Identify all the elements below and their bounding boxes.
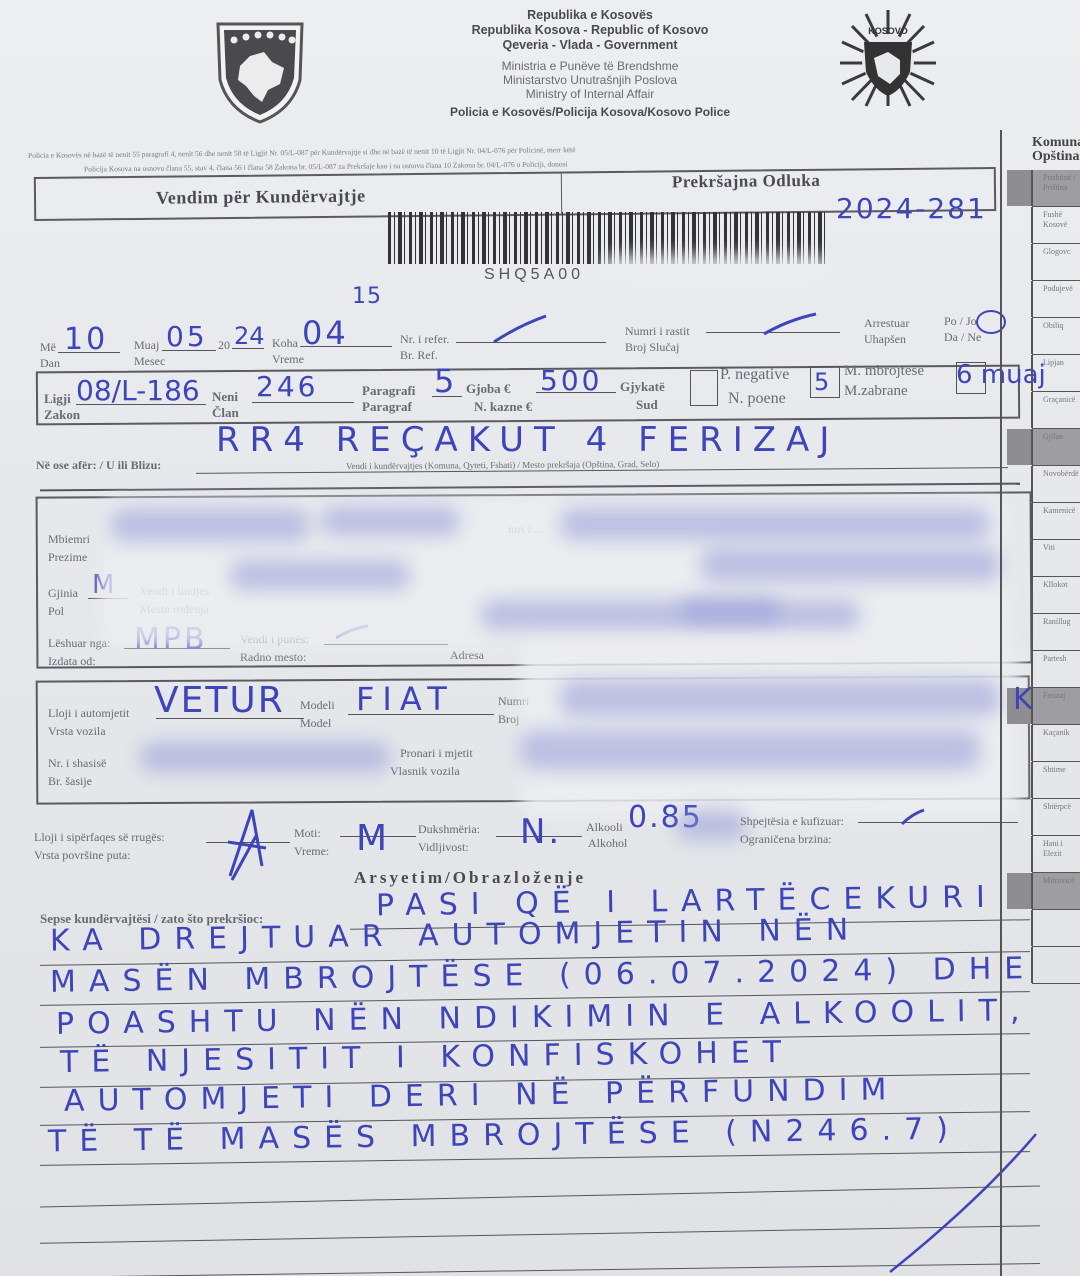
speed-label-sr: Ograničena brzina: xyxy=(740,832,832,846)
municipality-checkbox[interactable] xyxy=(1007,170,1032,206)
svg-text:KOSOVO: KOSOVO xyxy=(868,26,908,36)
redacted-barcode xyxy=(600,254,830,284)
title-sq: Vendim për Kundërvajtje xyxy=(156,186,366,209)
municipality-checkbox[interactable] xyxy=(1007,318,1032,354)
arrest-yes-no: Po / Jo xyxy=(944,314,977,328)
year-prefix: 20 xyxy=(218,338,230,352)
day-label: Më xyxy=(40,340,56,354)
vehicle-type-value: VETUR xyxy=(154,680,285,721)
case-label: Numri i rastit xyxy=(625,324,690,338)
weather-value: M xyxy=(356,818,390,859)
ref-label: Nr. i refer. xyxy=(400,332,449,346)
alcohol-label-sr: Alkohol xyxy=(588,836,627,850)
court-label-sr: Sud xyxy=(636,398,658,412)
municipality-label: Mitrovicë xyxy=(1043,876,1075,886)
speed-slash-mark xyxy=(898,806,928,828)
municipality-row[interactable]: Obiliq xyxy=(1032,318,1080,355)
location-value: RR4 REÇAKUT 4 FERIZAJ xyxy=(216,420,839,460)
municipality-checkbox[interactable] xyxy=(1007,392,1032,428)
reasoning-line: TË NJESITIT I KONFISKOHET xyxy=(60,1035,795,1080)
address-label: Adresa xyxy=(450,648,484,662)
case-number: 2024-281 xyxy=(836,192,987,225)
visibility-label-sr: Vidljivost: xyxy=(418,840,469,854)
model-label: Modeli xyxy=(300,698,335,712)
title-sr: Prekršajna Odluka xyxy=(672,171,821,193)
issued-label: Lëshuar nga: xyxy=(48,636,110,650)
municipality-row[interactable]: Ranillug xyxy=(1032,614,1080,651)
paragraph-value: 5 xyxy=(434,362,457,400)
municipality-label: Kaçanik xyxy=(1043,728,1070,738)
ref-slash-mark xyxy=(490,312,550,346)
municipality-checkbox[interactable] xyxy=(1007,281,1032,317)
owner-label-sr: Vlasnik vozila xyxy=(390,764,460,778)
arrest-yes-no-sr: Da / Ne xyxy=(944,330,981,344)
municipality-label: Fushë Kosovë xyxy=(1043,210,1080,230)
municipality-checkbox[interactable] xyxy=(1007,429,1032,465)
municipality-checkbox[interactable] xyxy=(1007,725,1032,761)
header-line-1: Republika e Kosovës xyxy=(400,8,780,23)
municipality-checkbox[interactable] xyxy=(1007,355,1032,391)
vehicle-type-label: Lloji i automjetit xyxy=(48,706,129,720)
surname-label-sr: Prezime xyxy=(48,550,87,564)
municipality-row[interactable]: Novobërdë xyxy=(1032,466,1080,503)
model-label-sr: Model xyxy=(300,716,331,730)
municipality-row[interactable]: Mitrovicë xyxy=(1032,873,1080,910)
municipality-label: Ranillug xyxy=(1043,617,1071,627)
municipality-label: Graçanicë xyxy=(1043,395,1075,405)
paragraph-label-sr: Paragraf xyxy=(362,400,412,414)
municipality-row[interactable]: Kamenicë xyxy=(1032,503,1080,540)
municipality-label: Podujevë xyxy=(1043,284,1073,294)
chassis-label: Nr. i shasisë xyxy=(48,756,106,770)
reasoning-line: TË TË MASËS MBROJTËSE (N246.7) xyxy=(48,1112,961,1160)
law-label: Ligji xyxy=(44,392,71,406)
police-name: Policia e Kosovës/Policija Kosova/Kosovo… xyxy=(400,105,780,120)
month-value: 05 xyxy=(166,320,208,353)
municipality-row[interactable]: Lipjan xyxy=(1032,355,1080,392)
legal-basis-sq: Policia e Kosovës në bazë të nenit 55 pa… xyxy=(28,145,576,160)
chassis-label-sr: Br. šasije xyxy=(48,774,92,788)
article-value: 246 xyxy=(256,370,318,403)
time-minutes: 15 xyxy=(352,284,382,309)
municipality-checkbox[interactable] xyxy=(1007,466,1032,502)
article-label: Neni xyxy=(212,390,238,404)
arrest-label: Arrestuar xyxy=(864,316,909,330)
speed-label: Shpejtësia e kufizuar: xyxy=(740,814,844,828)
month-label-sr: Mesec xyxy=(134,354,165,368)
surface-value-mark xyxy=(222,806,272,884)
arrest-label-sr: Uhapšen xyxy=(864,332,906,346)
model-value: FIAT xyxy=(356,680,455,718)
alcohol-label: Alkooli xyxy=(586,820,623,834)
time-label-sr: Vreme xyxy=(272,352,304,366)
municipality-checkbox[interactable] xyxy=(1007,799,1032,835)
gender-label: Gjinia xyxy=(48,586,78,600)
time-label: Koha xyxy=(272,336,298,350)
gender-label-sr: Pol xyxy=(48,604,64,618)
paragraph-label: Paragrafi xyxy=(362,384,415,398)
law-label-sr: Zakon xyxy=(44,408,80,422)
surname-label: Mbiemri xyxy=(48,532,90,546)
article-label-sr: Član xyxy=(212,406,239,420)
municipality-label: Viti xyxy=(1043,543,1055,553)
location-hint: Vendi i kundërvajtjes (Komuna, Qyteti, F… xyxy=(346,457,659,473)
municipality-row[interactable]: Glogovc xyxy=(1032,244,1080,281)
case-slash-mark xyxy=(760,310,820,338)
weather-label-sr: Vreme: xyxy=(294,844,329,858)
municipality-row[interactable]: Fushë Kosovë xyxy=(1032,207,1080,244)
sidebar-header: Komuna Opština xyxy=(1032,136,1080,164)
municipality-checkbox[interactable] xyxy=(1007,540,1032,576)
vehicle-type-label-sr: Vrsta vozila xyxy=(48,724,106,738)
municipality-selected-mark: K xyxy=(1013,682,1033,717)
surface-label: Lloji i sipërfaqes së rrugës: xyxy=(34,830,165,844)
municipality-row[interactable]: Podujevë xyxy=(1032,281,1080,318)
issued-label-sr: Izdata od: xyxy=(48,654,96,668)
barcode-text: SHQ5A00 xyxy=(484,266,584,284)
municipality-label: Shtërpcë xyxy=(1043,802,1071,812)
municipality-checkbox[interactable] xyxy=(1007,762,1032,798)
header-line-3: Qeveria - Vlada - Government xyxy=(400,38,780,53)
municipality-checkbox[interactable] xyxy=(1007,207,1032,243)
municipality-row[interactable] xyxy=(1032,910,1080,947)
municipality-label: Novobërdë xyxy=(1043,469,1079,479)
municipality-row[interactable]: Viti xyxy=(1032,540,1080,577)
time-hour: 04 xyxy=(302,314,349,352)
kosovo-coat-of-arms-icon xyxy=(212,18,308,126)
location-label: Në ose afër: / U ili Blizu: xyxy=(36,458,161,472)
ministry-line-2: Ministarstvo Unutrašnjih Poslova xyxy=(400,73,780,87)
municipality-label: Prishtinë / Priština xyxy=(1043,173,1080,193)
offence-decision-form: KOSOVO Republika e Kosovës Republika Kos… xyxy=(0,0,1080,1276)
points-value: 5 xyxy=(814,368,832,396)
measure-label: M. mbrojtëse xyxy=(844,364,924,378)
sidebar-header-sr: Opština xyxy=(1032,150,1080,164)
municipality-row[interactable]: Shtime xyxy=(1032,762,1080,799)
municipality-checkbox[interactable] xyxy=(1007,836,1032,872)
ministry-line-1: Ministria e Punëve të Brendshme xyxy=(400,59,780,73)
owner-label: Pronari i mjetit xyxy=(400,746,473,760)
municipality-row[interactable]: Shtërpcë xyxy=(1032,799,1080,836)
surface-label-sr: Vrsta površine puta: xyxy=(34,848,131,862)
day-value: 10 xyxy=(64,322,108,357)
municipality-label: Kllokot xyxy=(1043,580,1067,590)
municipality-row[interactable]: Partesh xyxy=(1032,651,1080,688)
court-checkbox[interactable] xyxy=(690,370,718,406)
header-line-2: Republika Kosova - Republic of Kosovo xyxy=(400,23,780,38)
municipality-row[interactable]: Gjilan xyxy=(1032,429,1080,466)
weather-label: Moti: xyxy=(294,826,321,840)
municipality-label: Hani i Elezit xyxy=(1043,839,1080,859)
visibility-label: Dukshmëria: xyxy=(418,822,480,836)
municipality-checkbox[interactable] xyxy=(1007,910,1032,946)
municipality-checkbox[interactable] xyxy=(1007,503,1032,539)
municipality-row[interactable]: Hani i Elezit xyxy=(1032,836,1080,873)
municipality-checkbox[interactable] xyxy=(1007,244,1032,280)
municipality-checkbox[interactable] xyxy=(1007,947,1032,983)
municipality-row[interactable]: FerizajK xyxy=(1032,688,1080,725)
municipality-label: Partesh xyxy=(1043,654,1067,664)
law-value: 08/L-186 xyxy=(76,374,200,407)
municipality-row[interactable] xyxy=(1032,947,1080,984)
measure-label-sr: M.zabrane xyxy=(844,384,908,398)
ref-label-sr: Br. Ref. xyxy=(400,348,438,362)
day-label-sr: Dan xyxy=(40,356,60,370)
municipality-label: Obiliq xyxy=(1043,321,1063,331)
reasoning-line: AUTOMJETI DERI NË PËRFUNDIM xyxy=(64,1072,900,1119)
points-label-sr: N. poene xyxy=(728,392,786,406)
ministry-line-3: Ministry of Internal Affair xyxy=(400,87,780,101)
municipality-row[interactable]: Kaçanik xyxy=(1032,725,1080,762)
fine-label-sr: N. kazne € xyxy=(474,400,532,414)
municipality-label: Gjilan xyxy=(1043,432,1063,442)
municipality-label: Lipjan xyxy=(1043,358,1064,368)
municipality-row[interactable]: Prishtinë / Priština xyxy=(1032,170,1080,207)
municipality-label: Kamenicë xyxy=(1043,506,1075,516)
work-label-sr: Radno mesto: xyxy=(240,650,306,664)
municipality-row[interactable]: Kllokot xyxy=(1032,577,1080,614)
kosovo-police-badge-icon: KOSOVO xyxy=(838,8,938,108)
municipality-checkbox[interactable] xyxy=(1007,577,1032,613)
number-label-sr: Broj xyxy=(498,712,519,726)
year-value: 24 xyxy=(234,322,265,350)
municipality-checkbox[interactable] xyxy=(1007,873,1032,909)
government-header: Republika e Kosovës Republika Kosova - R… xyxy=(400,8,780,120)
municipality-label: Shtime xyxy=(1043,765,1066,775)
municipality-label: Ferizaj xyxy=(1043,691,1065,701)
visibility-value: N. xyxy=(520,812,562,852)
municipality-label: Glogovc xyxy=(1043,247,1071,257)
sidebar-header-sq: Komuna xyxy=(1032,136,1080,150)
court-label: Gjykatë xyxy=(620,380,665,394)
case-label-sr: Broj Slučaj xyxy=(625,340,679,354)
fine-label: Gjoba € xyxy=(466,382,510,396)
municipality-checkbox[interactable] xyxy=(1007,614,1032,650)
month-label: Muaj xyxy=(134,338,159,352)
points-label: P. negative xyxy=(720,368,789,382)
municipality-row[interactable]: Graçanicë xyxy=(1032,392,1080,429)
